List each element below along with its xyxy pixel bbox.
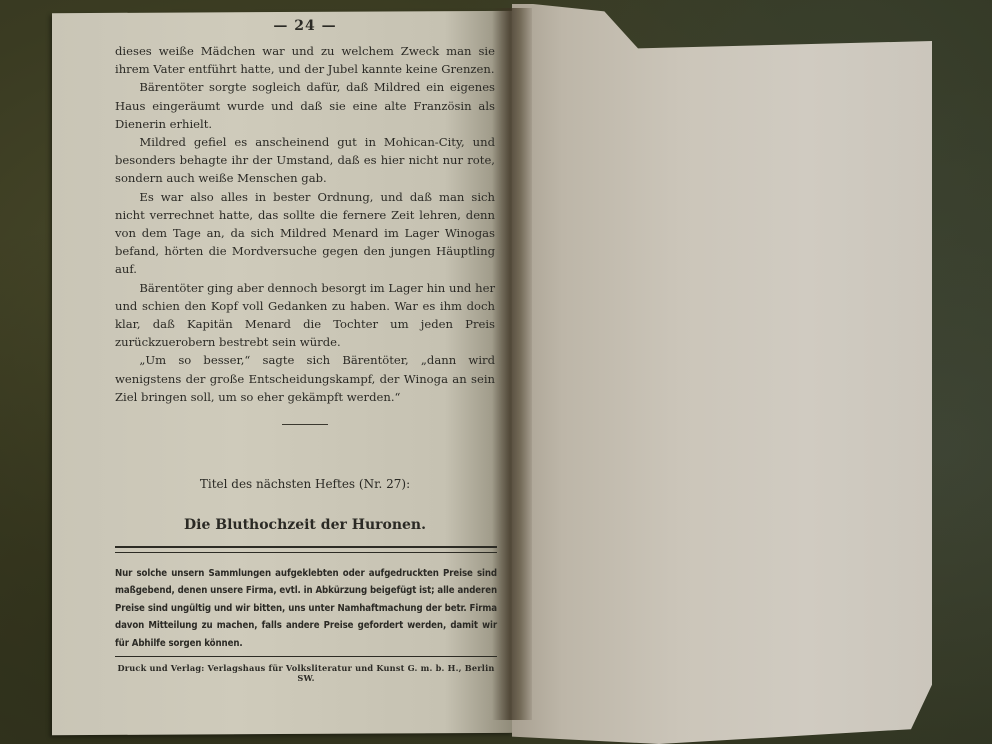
book-spine-shadow	[492, 8, 532, 720]
next-issue-title: Die Bluthochzeit der Huronen.	[115, 517, 495, 533]
paragraph: Es war also alles in bester Ordnung, und…	[115, 188, 495, 279]
paragraph: „Um so besser,“ sagte sich Bärentöter, „…	[115, 351, 495, 406]
paragraph: dieses weiße Mädchen war und zu welchem …	[115, 42, 495, 78]
next-issue-label: Titel des nächsten Heftes (Nr. 27):	[115, 477, 495, 491]
price-notice: Nur solche unsern Sammlungen aufgeklebte…	[115, 565, 497, 652]
page-number: — 24 —	[115, 18, 495, 34]
left-page-content: — 24 — dieses weiße Mädchen war und zu w…	[115, 18, 495, 533]
price-notice-block: Nur solche unsern Sammlungen aufgeklebte…	[115, 546, 497, 683]
paragraph: Bärentöter sorgte sogleich dafür, daß Mi…	[115, 78, 495, 133]
rule-top	[115, 546, 497, 548]
publisher-imprint: Druck und Verlag: Verlagshaus für Volksl…	[115, 663, 497, 683]
body-text: dieses weiße Mädchen war und zu welchem …	[115, 42, 495, 406]
section-divider	[282, 424, 328, 425]
paragraph: Bärentöter ging aber dennoch besorgt im …	[115, 279, 495, 352]
right-page-blank	[512, 4, 932, 744]
paragraph: Mildred gefiel es anscheinend gut in Moh…	[115, 133, 495, 188]
rule-bottom	[115, 552, 497, 553]
notice-rule	[115, 656, 497, 657]
